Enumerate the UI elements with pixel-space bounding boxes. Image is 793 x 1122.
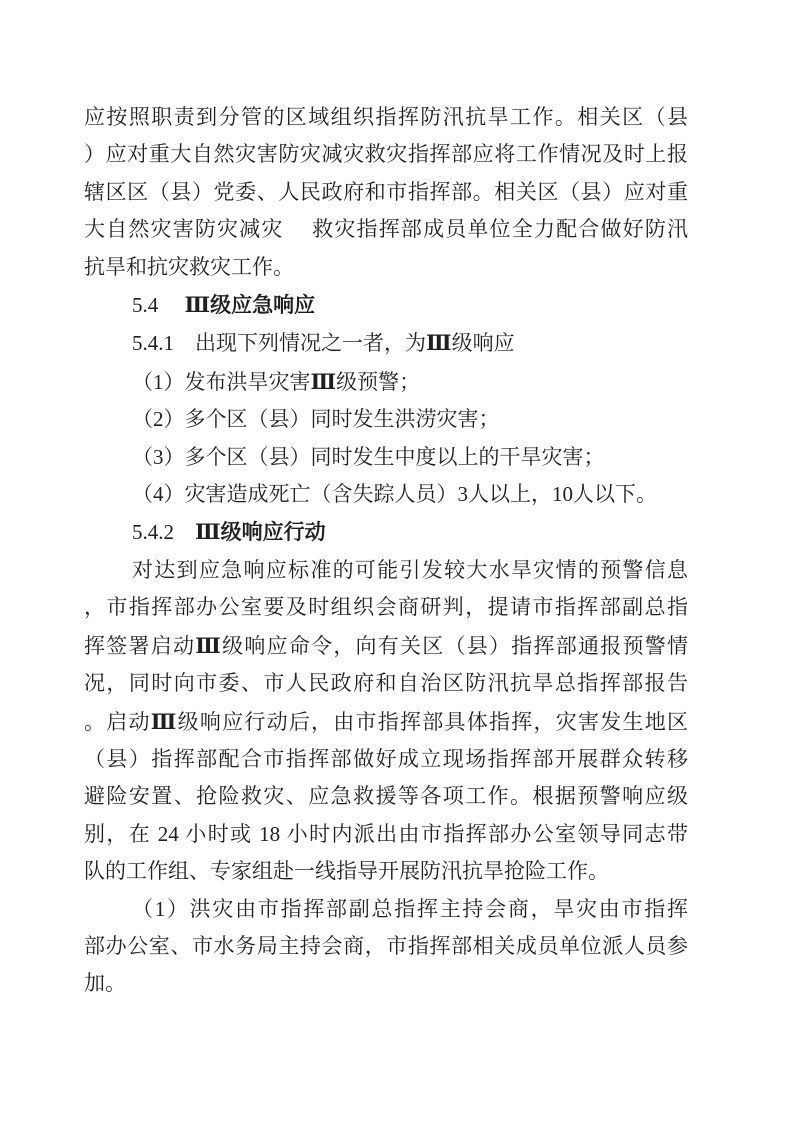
text-segment: 大自然灾害防灾减灾 救灾指挥部成员单位全力配合做好防汛 [84,217,688,241]
text-segment: （1）洪灾由市指挥部副总指挥主持会商，旱灾由市指挥 [132,897,688,921]
text-line: 挥签署启动Ⅲ级响应命令，向有关区（县）指挥部通报预警情 [84,627,688,665]
text-line: 5.4.1 出现下列情况之一者，为Ⅲ级响应 [84,324,688,362]
text-line: （1）洪灾由市指挥部副总指挥主持会商，旱灾由市指挥 [84,891,688,928]
text-segment: （2）多个区（县）同时发生洪涝灾害； [132,407,500,431]
text-line: （1）发布洪旱灾害Ⅲ级预警； [84,363,688,401]
text-line: 避险安置、抢险救灾、应急救援等各项工作。根据预警响应级 [84,778,688,815]
text-line: 5.4 Ⅲ级应急响应 [84,286,688,324]
text-segment: 部办公室、市水务局主持会商，市指挥部相关成员单位派人员参 [84,934,688,958]
text-line: （2）多个区（县）同时发生洪涝灾害； [84,401,688,438]
text-segment: ）应对重大自然灾害防灾减灾救灾指挥部应将工作情况及时上报 [84,142,688,166]
text-segment: 级预警； [336,370,420,394]
text-line: 部办公室、市水务局主持会商，市指挥部相关成员单位派人员参 [84,928,688,965]
text-segment: 挥签署启动 [84,634,195,658]
text-segment: 5.4.2 [132,520,195,544]
text-line: （县）指挥部配合市指挥部做好成立现场指挥部开展群众转移 [84,741,688,778]
text-line: 抗旱和抗灾救灾工作。 [84,249,688,286]
text-segment: 辖区区（县）党委、人民政府和市指挥部。相关区（县）应对重 [84,180,688,204]
text-segment: 级响应 [452,331,515,355]
text-line: 应按照职责到分管的区域组织指挥防汛抗旱工作。相关区（县 [84,99,688,136]
bold-text-segment: Ⅲ [426,330,452,355]
text-line: 。启动Ⅲ级响应行动后，由市指挥部具体指挥，灾害发生地区 [84,703,688,741]
text-segment: 级响应行动后，由市指挥部具体指挥，灾害发生地区 [178,710,688,734]
text-line: ，市指挥部办公室要及时组织会商研判，提请市指挥部副总指 [84,589,688,626]
text-segment: 5.4 [132,293,185,317]
text-segment: （1）发布洪旱灾害 [132,370,311,394]
text-line: 辖区区（县）党委、人民政府和市指挥部。相关区（县）应对重 [84,174,688,211]
text-segment: 况，同时向市委、市人民政府和自治区防汛抗旱总指挥部报告 [84,671,688,695]
text-segment: 抗旱和抗灾救灾工作。 [84,255,294,279]
text-segment: 避险安置、抢险救灾、应急救援等各项工作。根据预警响应级 [84,784,688,808]
text-segment: 加。 [84,971,126,995]
text-segment: 应按照职责到分管的区域组织指挥防汛抗旱工作。相关区（县 [84,105,688,129]
text-segment: 队的工作组、专家组赴一线指导开展防汛抗旱抢险工作。 [84,859,609,883]
text-segment: 对达到应急响应标准的可能引发较大水旱灾情的预警信息 [132,558,688,582]
text-segment: （3）多个区（县）同时发生中度以上的干旱灾害； [132,445,605,469]
text-line: 加。 [84,965,688,1002]
document-body: 应按照职责到分管的区域组织指挥防汛抗旱工作。相关区（县）应对重大自然灾害防灾减灾… [84,99,688,1003]
text-line: 别，在 24 小时或 18 小时内派出由市指挥部办公室领导同志带 [84,816,688,853]
text-line: 队的工作组、专家组赴一线指导开展防汛抗旱抢险工作。 [84,853,688,890]
bold-text-segment: Ⅲ [195,633,222,658]
bold-text-segment: Ⅲ级应急响应 [185,292,316,317]
text-segment: 别，在 24 小时或 18 小时内派出由市指挥部办公室领导同志带 [84,822,688,846]
text-line: ）应对重大自然灾害防灾减灾救灾指挥部应将工作情况及时上报 [84,136,688,173]
text-line: 况，同时向市委、市人民政府和自治区防汛抗旱总指挥部报告 [84,665,688,702]
bold-text-segment: Ⅲ级响应行动 [195,519,326,544]
text-segment: ，市指挥部办公室要及时组织会商研判，提请市指挥部副总指 [84,595,688,619]
text-line: 5.4.2 Ⅲ级响应行动 [84,513,688,551]
text-segment: 。启动 [84,710,151,734]
text-segment: 5.4.1 出现下列情况之一者，为 [132,331,426,355]
text-segment: （县）指挥部配合市指挥部做好成立现场指挥部开展群众转移 [84,747,688,771]
bold-text-segment: Ⅲ [151,709,178,734]
bold-text-segment: Ⅲ [311,369,337,394]
text-line: 对达到应急响应标准的可能引发较大水旱灾情的预警信息 [84,552,688,589]
text-line: （4）灾害造成死亡（含失踪人员）3人以上，10人以下。 [84,476,688,513]
document-page: 应按照职责到分管的区域组织指挥防汛抗旱工作。相关区（县）应对重大自然灾害防灾减灾… [0,0,793,1122]
text-segment: 级响应命令，向有关区（县）指挥部通报预警情 [222,634,688,658]
text-line: 大自然灾害防灾减灾 救灾指挥部成员单位全力配合做好防汛 [84,211,688,248]
text-segment: （4）灾害造成死亡（含失踪人员）3人以上，10人以下。 [132,482,657,506]
text-line: （3）多个区（县）同时发生中度以上的干旱灾害； [84,439,688,476]
